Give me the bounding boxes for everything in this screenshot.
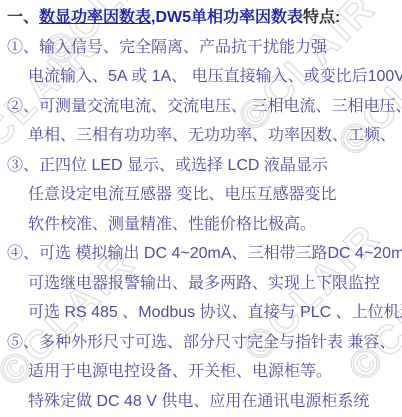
section-title: 一、数显功率因数表,DW5单相功率因数表特点: (7, 3, 402, 33)
feature-lines: ①、输入信号、完全隔离、产品抗干扰能力强电流输入、5A 或 1A、 电压直接输入… (7, 33, 402, 417)
text-line: 特殊定做 DC 48 V 供电、应用在通讯电源柜系统 (7, 387, 402, 417)
title-suffix: 特点: (303, 9, 340, 26)
text-line: 电流输入、5A 或 1A、 电压直接输入、或变比后100V (7, 62, 402, 92)
text-line: ③、正四位 LED 显示、或选择 LCD 液晶显示 (7, 151, 402, 181)
page: { "title": { "prefix": "一、", "product_li… (0, 0, 402, 417)
title-prefix: 一、 (7, 9, 39, 26)
text-line: 适用于电源电控设备、开关柜、电源柜等。 (7, 357, 402, 387)
text-line: ④、可选 模拟输出 DC 4~20mA、三相带三路DC 4~20mA、 (7, 239, 402, 269)
text-line: 软件校准、测量精准、性能价格比极高。 (7, 210, 402, 240)
text-line: 可选 RS 485 、Modbus 协议、直接与 PLC 、上位机通讯 (7, 298, 402, 328)
text-line: 任意设定电流互感器 变比、电压互感器变比 (7, 180, 402, 210)
text-line: ①、输入信号、完全隔离、产品抗干扰能力强 (7, 33, 402, 63)
text-line: ②、可测量交流电流、交流电压、 三相电流、三相电压、 (7, 92, 402, 122)
text-line: 可选继电器报警输出、最多两路、实现上下限监控 (7, 269, 402, 299)
text-line: ⑤、多种外形尺寸可选、部分尺寸完全与指针表 兼容、 (7, 328, 402, 358)
text-line: 单相、三相有功功率、无功功率、功率因数、工频、 (7, 121, 402, 151)
feature-list: 一、数显功率因数表,DW5单相功率因数表特点: ①、输入信号、完全隔离、产品抗干… (0, 0, 402, 416)
title-model-text: ,DW5单相功率因数表 (151, 9, 303, 26)
title-product-link[interactable]: 数显功率因数表 (39, 9, 151, 26)
